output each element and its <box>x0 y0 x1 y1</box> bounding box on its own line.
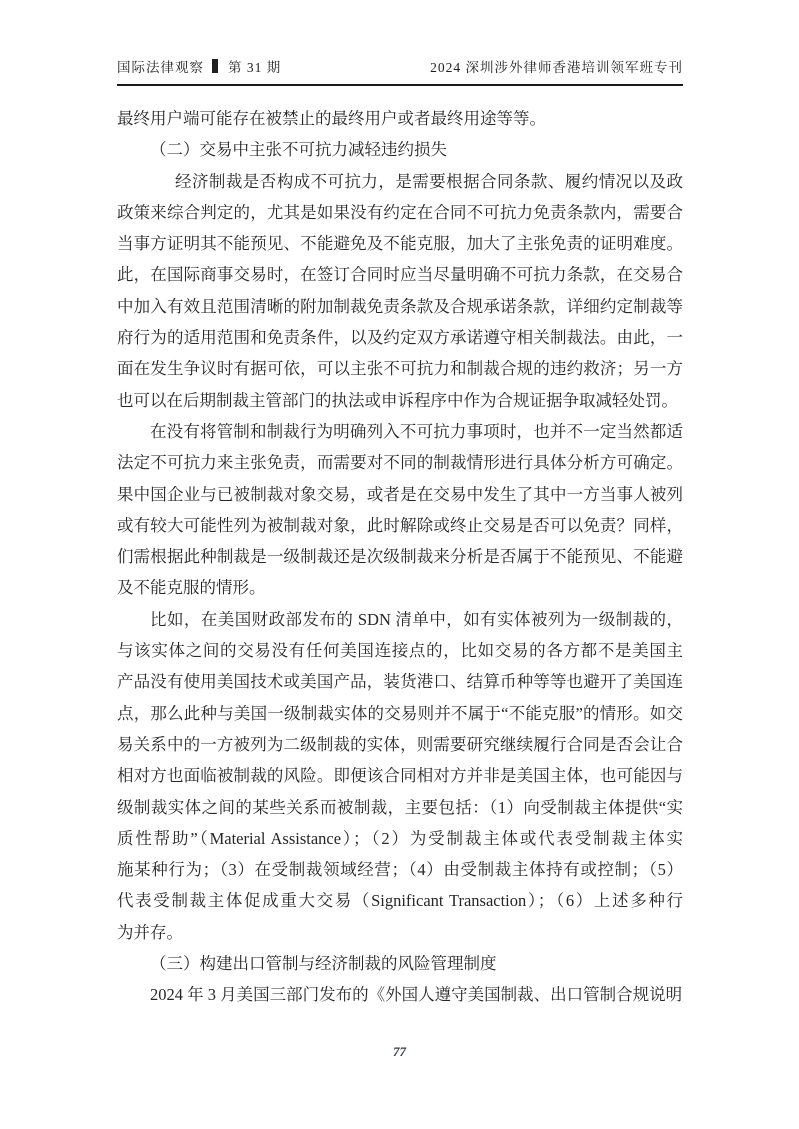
text-line: 政策来综合判定的，尤其是如果没有约定在合同不可抗力免责条款内，需要合同 <box>117 197 683 228</box>
journal-title: 国际法律观察 <box>117 56 204 76</box>
document-page: 国际法律观察 第 31 期 2024 深圳涉外律师香港培训领军班专刊 最终用户端… <box>0 0 799 1129</box>
text-line: 2024 年 3 月美国三部门发布的《外国人遵守美国制裁、出口管制合规说明》， <box>117 979 683 1010</box>
text-line: 点，那么此种与美国一级制裁实体的交易则并不属于“不能克服”的情形。如交 <box>117 698 683 729</box>
text-line: 与该实体之间的交易没有任何美国连接点的，比如交易的各方都不是美国主体， <box>117 635 683 666</box>
issue-label: 第 31 期 <box>228 56 281 76</box>
text-line: 在没有将管制和制裁行为明确列入不可抗力事项时，也并不一定当然都适用 <box>117 416 683 447</box>
header-left: 国际法律观察 第 31 期 <box>117 56 281 76</box>
text-line: 也可以在后期制裁主管部门的执法或申诉程序中作为合规证据争取减轻处罚。 <box>117 385 683 416</box>
text-line: 经济制裁是否构成不可抗力，是需要根据合同条款、履约情况以及政府 <box>117 166 683 197</box>
text-line: 中加入有效且范围清晰的附加制裁免责条款及合规承诺条款，详细约定制裁等政 <box>117 291 683 322</box>
text-line: 产品没有使用美国技术或美国产品，装货港口、结算币种等等也避开了美国连接 <box>117 666 683 697</box>
text-line: 级制裁实体之间的某些关系而被制裁，主要包括：（1）向受制裁主体提供“实 <box>117 792 683 823</box>
text-line: 法定不可抗力来主张免责，而需要对不同的制裁情形进行具体分析方可确定。如 <box>117 447 683 478</box>
body-text: 最终用户端可能存在被禁止的最终用户或者最终用途等等。（二）交易中主张不可抗力减轻… <box>117 103 683 1011</box>
header-divider-bar <box>212 59 218 73</box>
text-line: 此，在国际商事交易时，在签订合同时应当尽量明确不可抗力条款，在交易合同 <box>117 259 683 290</box>
page-number: 77 <box>0 1044 799 1060</box>
edition-title: 2024 深圳涉外律师香港培训领军班专刊 <box>430 56 683 76</box>
text-line: 府行为的适用范围和免责条件，以及约定双方承诺遵守相关制裁法。由此，一方 <box>117 322 683 353</box>
text-line: 为并存。 <box>117 917 683 948</box>
text-line: 当事方证明其不能预见、不能避免及不能克服，加大了主张免责的证明难度。因 <box>117 228 683 259</box>
text-line: 果中国企业与已被制裁对象交易，或者是在交易中发生了其中一方当事人被列为 <box>117 479 683 510</box>
text-line: 相对方也面临被制裁的风险。即便该合同相对方并非是美国主体，也可能因与二 <box>117 760 683 791</box>
text-line: 面在发生争议时有据可依，可以主张不可抗力和制裁合规的违约救济；另一方面 <box>117 353 683 384</box>
text-line: 代表受制裁主体促成重大交易（Significant Transaction）；（… <box>117 885 683 916</box>
page-header: 国际法律观察 第 31 期 2024 深圳涉外律师香港培训领军班专刊 <box>117 56 683 76</box>
header-rule <box>117 84 683 86</box>
text-line: 最终用户端可能存在被禁止的最终用户或者最终用途等等。 <box>117 103 683 134</box>
text-line: 易关系中的一方被列为二级制裁的实体，则需要研究继续履行合同是否会让合同 <box>117 729 683 760</box>
text-line: 或有较大可能性列为被制裁对象，此时解除或终止交易是否可以免责？同样，我 <box>117 510 683 541</box>
text-line: 比如，在美国财政部发布的 SDN 清单中，如有实体被列为一级制裁的，如果 <box>117 604 683 635</box>
text-line: （二）交易中主张不可抗力减轻违约损失 <box>117 134 683 165</box>
text-line: 及不能克服的情形。 <box>117 572 683 603</box>
text-line: 施某种行为；（3）在受制裁领域经营；（4）由受制裁主体持有或控制；（5） <box>117 854 683 885</box>
text-line: （三）构建出口管制与经济制裁的风险管理制度 <box>117 948 683 979</box>
text-line: 们需根据此种制裁是一级制裁还是次级制裁来分析是否属于不能预见、不能避免 <box>117 541 683 572</box>
text-line: 质性帮助”（Material Assistance）；（2）为受制裁主体或代表受… <box>117 823 683 854</box>
